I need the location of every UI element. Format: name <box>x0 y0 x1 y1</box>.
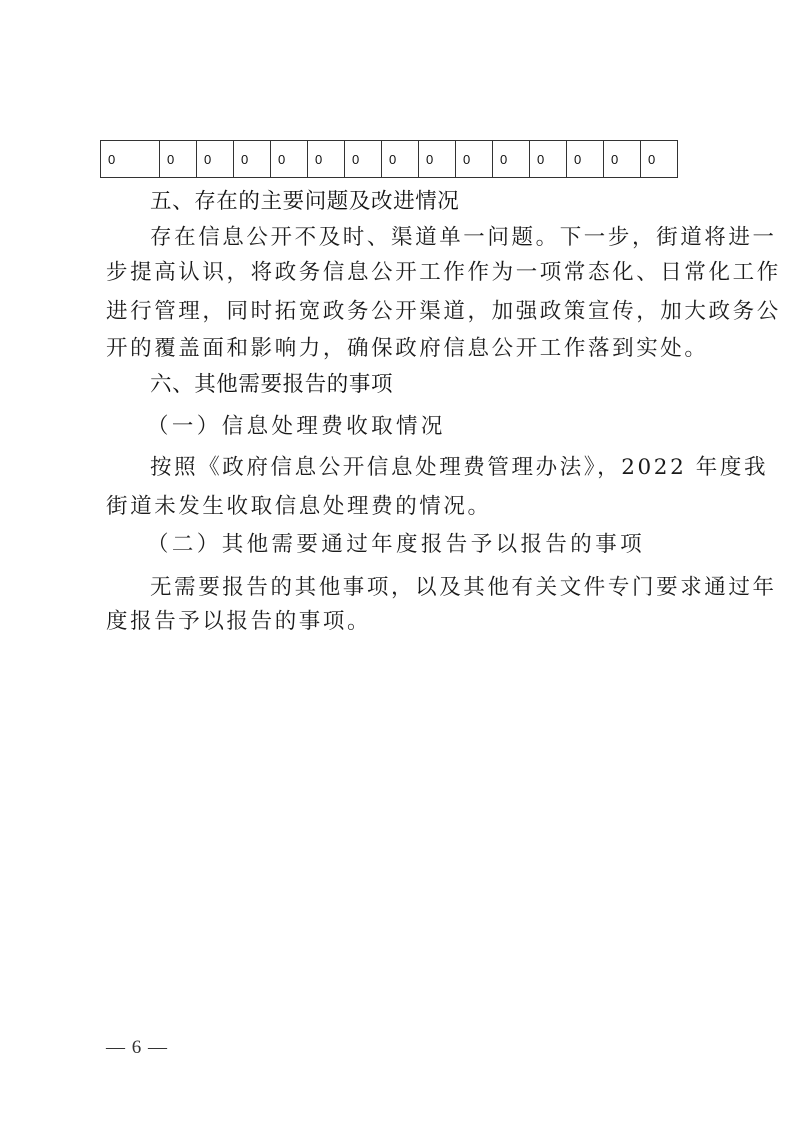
table-cell: 0 <box>101 141 160 178</box>
paragraph-line: 步提高认识，将政务信息公开工作作为一项常态化、日常化工作 <box>106 258 696 288</box>
document-page: 0 0 0 0 0 0 0 0 0 0 0 0 0 0 0 五、存在的主要问题及… <box>0 0 793 1122</box>
table-cell: 0 <box>197 141 234 178</box>
table-cell: 0 <box>419 141 456 178</box>
table-cell: 0 <box>493 141 530 178</box>
subsection-1-heading: （一）信息处理费收取情况 <box>147 412 737 442</box>
table-cell: 0 <box>530 141 567 178</box>
paragraph-line: 进行管理，同时拓宽政务公开渠道，加强政策宣传，加大政务公 <box>106 297 696 327</box>
paragraph-line: 按照《政府信息公开信息处理费管理办法》，2022 年度我 <box>150 453 696 483</box>
page-number: — 6 — <box>106 1036 168 1060</box>
table-cell: 0 <box>345 141 382 178</box>
paragraph-line: 无需要报告的其他事项，以及其他有关文件专门要求通过年 <box>150 573 696 603</box>
paragraph-line: 存在信息公开不及时、渠道单一问题。下一步，街道将进一 <box>150 223 696 253</box>
table-cell: 0 <box>382 141 419 178</box>
table-cell: 0 <box>234 141 271 178</box>
paragraph-line: 度报告予以报告的事项。 <box>106 607 696 637</box>
table-cell: 0 <box>308 141 345 178</box>
paragraph-line: 街道未发生收取信息处理费的情况。 <box>106 492 696 522</box>
statistics-table-row: 0 0 0 0 0 0 0 0 0 0 0 0 0 0 0 <box>100 140 678 178</box>
table-cell: 0 <box>271 141 308 178</box>
subsection-2-heading: （二）其他需要通过年度报告予以报告的事项 <box>147 530 737 560</box>
paragraph-line: 开的覆盖面和影响力，确保政府信息公开工作落到实处。 <box>106 334 696 364</box>
table-cell: 0 <box>567 141 604 178</box>
table-cell: 0 <box>456 141 493 178</box>
section-5-heading: 五、存在的主要问题及改进情况 <box>150 187 696 217</box>
table-cell: 0 <box>641 141 678 178</box>
table-row: 0 0 0 0 0 0 0 0 0 0 0 0 0 0 0 <box>101 141 678 178</box>
table-cell: 0 <box>160 141 197 178</box>
section-6-heading: 六、其他需要报告的事项 <box>150 370 696 400</box>
table-cell: 0 <box>604 141 641 178</box>
